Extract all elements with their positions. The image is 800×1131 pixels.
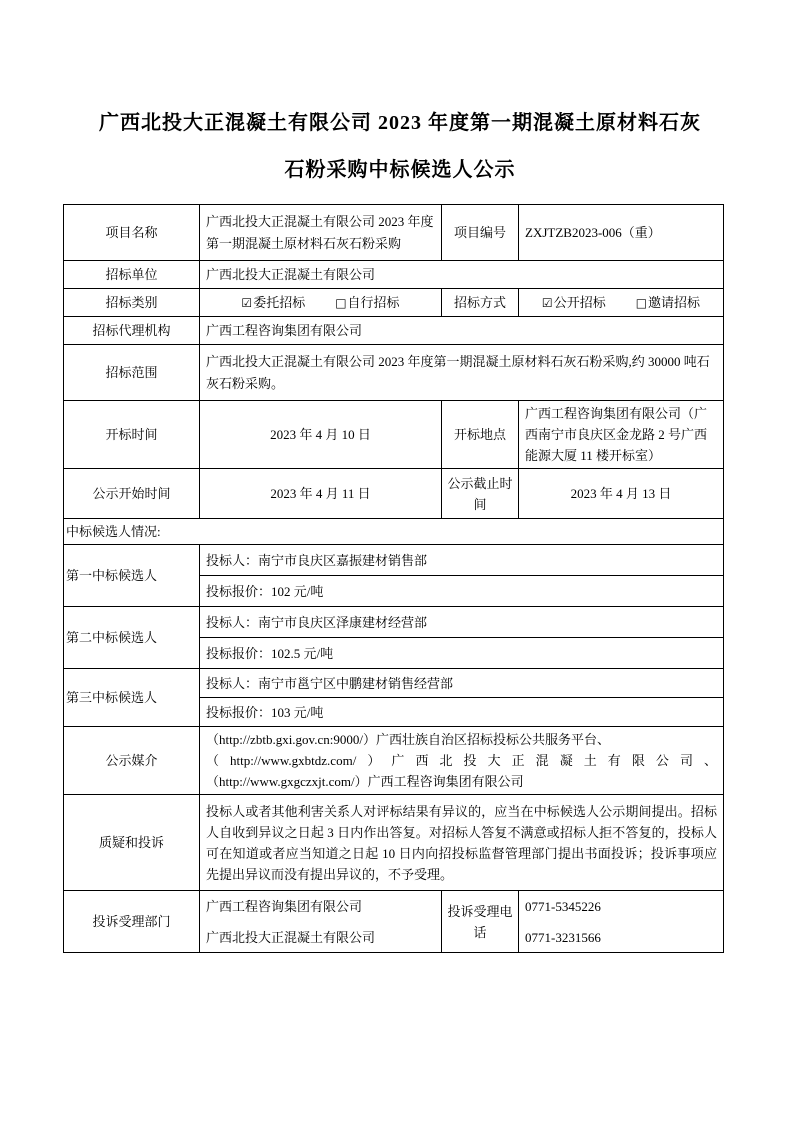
bid-category-options: ☑委托招标 □自行招标 — [200, 289, 442, 317]
media-line-3: （http://www.gxgczxjt.com/）广西工程咨询集团有限公司 — [206, 771, 717, 792]
row-candidate-2-bidder: 第二中标候选人 投标人：南宁市良庆区泽康建材经营部 — [64, 607, 724, 638]
scope-label: 招标范围 — [64, 345, 200, 401]
tender-unit-value: 广西北投大正混凝土有限公司 — [200, 261, 724, 289]
agency-value: 广西工程咨询集团有限公司 — [200, 317, 724, 345]
media-value: （http://zbtb.gxi.gov.cn:9000/）广西壮族自治区招标投… — [200, 727, 724, 795]
publicity-end-value: 2023 年 4 月 13 日 — [519, 469, 724, 519]
open-time-value: 2023 年 4 月 10 日 — [200, 401, 442, 469]
announcement-page: 广西北投大正混凝土有限公司 2023 年度第一期混凝土原材料石灰 石粉采购中标候… — [0, 0, 800, 953]
row-candidate-1-bidder: 第一中标候选人 投标人：南宁市良庆区嘉振建材销售部 — [64, 545, 724, 576]
publicity-start-label: 公示开始时间 — [64, 469, 200, 519]
tender-unit-label: 招标单位 — [64, 261, 200, 289]
row-publicity-period: 公示开始时间 2023 年 4 月 11 日 公示截止时间 2023 年 4 月… — [64, 469, 724, 519]
option-label: 邀请招标 — [648, 295, 700, 310]
candidates-heading: 中标候选人情况: — [64, 519, 724, 545]
project-name-value: 广西北投大正混凝土有限公司 2023 年度第一期混凝土原材料石灰石粉采购 — [200, 205, 442, 261]
complaint-phone-label: 投诉受理电话 — [442, 891, 519, 953]
checked-checkbox-icon: ☑ — [241, 296, 252, 310]
unchecked-checkbox-icon: □ — [636, 296, 647, 310]
publicity-start-value: 2023 年 4 月 11 日 — [200, 469, 442, 519]
open-place-value: 广西工程咨询集团有限公司（广西南宁市良庆区金龙路 2 号广西能源大厦 11 楼开… — [519, 401, 724, 469]
option-label: 公开招标 — [554, 295, 606, 310]
page-title-line-2: 石粉采购中标候选人公示 — [60, 147, 740, 194]
media-line-1: （http://zbtb.gxi.gov.cn:9000/）广西壮族自治区招标投… — [206, 729, 717, 750]
candidate-2-bidder: 投标人：南宁市良庆区泽康建材经营部 — [200, 607, 724, 638]
option-self-tender: □自行招标 — [335, 292, 399, 313]
checked-checkbox-icon: ☑ — [542, 296, 553, 310]
row-scope: 招标范围 广西北投大正混凝土有限公司 2023 年度第一期混凝土原材料石灰石粉采… — [64, 345, 724, 401]
option-label: 自行招标 — [348, 295, 400, 310]
unchecked-checkbox-icon: □ — [335, 296, 346, 310]
option-invited-tender: □邀请招标 — [636, 292, 700, 313]
row-candidate-3-bidder: 第三中标候选人 投标人：南宁市邕宁区中鹏建材销售经营部 — [64, 669, 724, 698]
row-agency: 招标代理机构 广西工程咨询集团有限公司 — [64, 317, 724, 345]
candidate-3-rank-label: 第三中标候选人 — [64, 669, 200, 727]
open-time-label: 开标时间 — [64, 401, 200, 469]
option-open-tender: ☑公开招标 — [542, 292, 606, 313]
row-project-name: 项目名称 广西北投大正混凝土有限公司 2023 年度第一期混凝土原材料石灰石粉采… — [64, 205, 724, 261]
media-label: 公示媒介 — [64, 727, 200, 795]
bid-method-options: ☑公开招标 □邀请招标 — [519, 289, 724, 317]
candidate-2-price: 投标报价：102.5 元/吨 — [200, 638, 724, 669]
complaint-phone-values: 0771-5345226 0771-3231566 — [519, 891, 724, 953]
page-title-line-1: 广西北投大正混凝土有限公司 2023 年度第一期混凝土原材料石灰 — [60, 100, 740, 147]
option-label: 委托招标 — [253, 295, 305, 310]
page-title: 广西北投大正混凝土有限公司 2023 年度第一期混凝土原材料石灰 石粉采购中标候… — [60, 100, 740, 194]
row-open-time: 开标时间 2023 年 4 月 10 日 开标地点 广西工程咨询集团有限公司（广… — [64, 401, 724, 469]
project-no-label: 项目编号 — [442, 205, 519, 261]
candidate-3-price: 投标报价：103 元/吨 — [200, 698, 724, 727]
objection-value: 投标人或者其他利害关系人对评标结果有异议的，应当在中标候选人公示期间提出。招标人… — [200, 795, 724, 891]
candidate-2-rank-label: 第二中标候选人 — [64, 607, 200, 669]
row-complaint: 投诉受理部门 广西工程咨询集团有限公司 广西北投大正混凝土有限公司 投诉受理电话… — [64, 891, 724, 953]
open-place-label: 开标地点 — [442, 401, 519, 469]
complaint-dept-values: 广西工程咨询集团有限公司 广西北投大正混凝土有限公司 — [200, 891, 442, 953]
objection-label: 质疑和投诉 — [64, 795, 200, 891]
candidate-1-price: 投标报价：102 元/吨 — [200, 576, 724, 607]
project-no-value: ZXJTZB2023-006（重） — [519, 205, 724, 261]
bid-category-label: 招标类别 — [64, 289, 200, 317]
row-objection: 质疑和投诉 投标人或者其他利害关系人对评标结果有异议的，应当在中标候选人公示期间… — [64, 795, 724, 891]
candidate-1-rank-label: 第一中标候选人 — [64, 545, 200, 607]
media-line-2: （http://www.gxbtdz.com/）广西北投大正混凝土有限公司、 — [206, 750, 717, 771]
complaint-dept-value-2: 广西北投大正混凝土有限公司 — [206, 927, 435, 948]
complaint-dept-label: 投诉受理部门 — [64, 891, 200, 953]
row-media: 公示媒介 （http://zbtb.gxi.gov.cn:9000/）广西壮族自… — [64, 727, 724, 795]
candidate-3-bidder: 投标人：南宁市邕宁区中鹏建材销售经营部 — [200, 669, 724, 698]
project-name-label: 项目名称 — [64, 205, 200, 261]
complaint-phone-value-1: 0771-5345226 — [525, 896, 717, 917]
scope-value: 广西北投大正混凝土有限公司 2023 年度第一期混凝土原材料石灰石粉采购,约 3… — [200, 345, 724, 401]
complaint-dept-value-1: 广西工程咨询集团有限公司 — [206, 896, 435, 917]
agency-label: 招标代理机构 — [64, 317, 200, 345]
complaint-phone-value-2: 0771-3231566 — [525, 927, 717, 948]
publicity-end-label: 公示截止时间 — [442, 469, 519, 519]
announcement-table: 项目名称 广西北投大正混凝土有限公司 2023 年度第一期混凝土原材料石灰石粉采… — [63, 204, 724, 953]
row-candidates-heading: 中标候选人情况: — [64, 519, 724, 545]
row-tender-unit: 招标单位 广西北投大正混凝土有限公司 — [64, 261, 724, 289]
row-bid-category: 招标类别 ☑委托招标 □自行招标 招标方式 ☑公开招标 □邀请招标 — [64, 289, 724, 317]
option-delegated-tender: ☑委托招标 — [241, 292, 305, 313]
bid-method-label: 招标方式 — [442, 289, 519, 317]
candidate-1-bidder: 投标人：南宁市良庆区嘉振建材销售部 — [200, 545, 724, 576]
